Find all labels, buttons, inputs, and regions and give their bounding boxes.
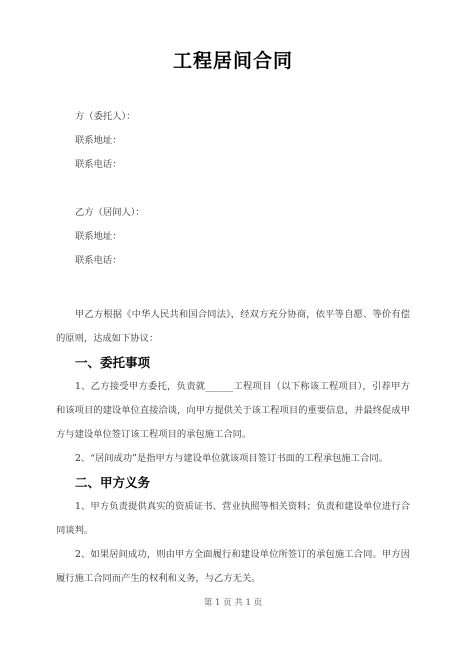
blank-line — [56, 273, 410, 297]
section-1-clause-2: 2、“居间成功”是指甲方与建设单位就该项目签订书面的工程承包施工合同。 — [56, 447, 410, 471]
section-1-clause-1: 1、乙方接受甲方委托，负责就______工程项目（以下称该工程项目），引荐甲方和… — [56, 375, 410, 447]
party-b-block: 乙方（居间人）： 联系地址： 联系电话： — [56, 201, 410, 273]
party-b-phone-label: 联系电话： — [56, 249, 410, 273]
party-a-block: 方（委托人）： 联系地址： 联系电话： — [56, 105, 410, 177]
document-title: 工程居间合同 — [56, 46, 410, 76]
blank-line — [56, 177, 410, 201]
document-content: 工程居间合同 方（委托人）： 联系地址： 联系电话： 乙方（居间人）： 联系地址… — [0, 0, 463, 615]
section-2-heading: 二、甲方义务 — [56, 471, 410, 495]
preamble-paragraph: 甲乙方根据《中华人民共和国合同法》，经双方充分协商，依平等自愿、等价有偿的原则，… — [56, 303, 410, 351]
party-a-name-label: 方（委托人）： — [56, 105, 410, 129]
page-number-footer: 第 1 页 共 1 页 — [56, 591, 410, 615]
section-1-heading: 一、委托事项 — [56, 351, 410, 375]
party-b-address-label: 联系地址： — [56, 225, 410, 249]
section-2-clause-1: 1、甲方负责提供真实的资质证书、营业执照等相关资料；负责和建设单位进行合同谈判。 — [56, 495, 410, 543]
party-a-phone-label: 联系电话： — [56, 153, 410, 177]
document-page: 工程居间合同 方（委托人）： 联系地址： 联系电话： 乙方（居间人）： 联系地址… — [0, 0, 463, 655]
party-b-name-label: 乙方（居间人）： — [56, 201, 410, 225]
section-2-clause-2: 2、如果居间成功，则由甲方全面履行和建设单位所签订的承包施工合同。甲方因履行施工… — [56, 543, 410, 591]
party-a-address-label: 联系地址： — [56, 129, 410, 153]
